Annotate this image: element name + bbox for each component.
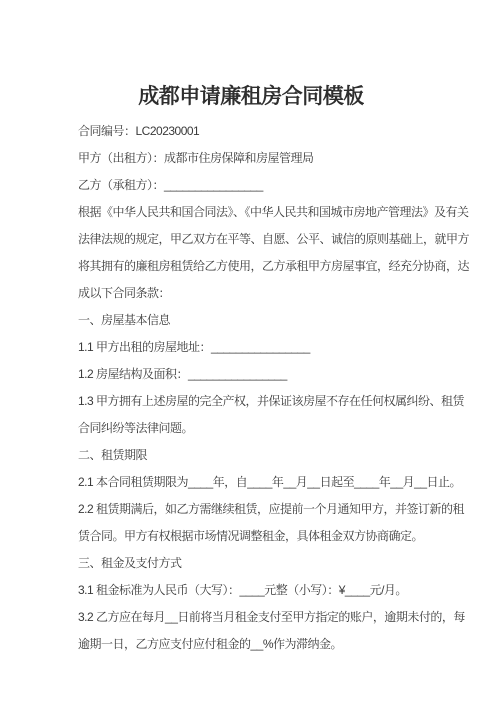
clause-line: 1.2 房屋结构及面积：________________	[78, 361, 460, 388]
clause-line: 1.3 甲方拥有上述房屋的完全产权，并保证该房屋不存在任何权属纠纷、租赁	[78, 388, 460, 415]
preamble-line: 根据《中华人民共和国合同法》、《中华人民共和国城市房地产管理法》及有关	[78, 199, 460, 226]
document-header-block: 合同编号：LC20230001 甲方（出租方）：成都市住房保障和房屋管理局 乙方…	[78, 118, 460, 199]
preamble-line: 成以下合同条款：	[78, 280, 460, 307]
clause-line: 逾期一日，乙方应支付应付租金的__%作为滞纳金。	[78, 631, 460, 658]
document-title: 成都申请廉租房合同模板	[78, 82, 424, 112]
party-b-line: 乙方（承租方）：________________	[78, 172, 460, 199]
clause-line: 3.1 租金标准为人民币（大写）：____元整（小写）：¥____元/月。	[78, 577, 460, 604]
section-heading: 一、房屋基本信息	[78, 307, 460, 334]
clause-line: 3.2 乙方应在每月__日前将当月租金支付至甲方指定的账户，逾期未付的，每	[78, 604, 460, 631]
clause-line: 2.2 租赁期满后，如乙方需继续租赁，应提前一个月通知甲方，并签订新的租	[78, 496, 460, 523]
preamble-line: 法律法规的规定，甲乙双方在平等、自愿、公平、诚信的原则基础上，就甲方	[78, 226, 460, 253]
section-housing-info: 一、房屋基本信息 1.1 甲方出租的房屋地址：________________ …	[78, 307, 460, 442]
clause-line: 2.1 本合同租赁期限为____年，自____年__月__日起至____年__月…	[78, 469, 460, 496]
section-rent-payment: 三、租金及支付方式 3.1 租金标准为人民币（大写）：____元整（小写）：¥_…	[78, 550, 460, 658]
preamble-line: 将其拥有的廉租房租赁给乙方使用，乙方承租甲方房屋事宜，经充分协商，达	[78, 253, 460, 280]
section-heading: 三、租金及支付方式	[78, 550, 460, 577]
preamble-block: 根据《中华人民共和国合同法》、《中华人民共和国城市房地产管理法》及有关 法律法规…	[78, 199, 460, 307]
clause-line: 1.1 甲方出租的房屋地址：________________	[78, 334, 460, 361]
section-lease-term: 二、租赁期限 2.1 本合同租赁期限为____年，自____年__月__日起至_…	[78, 442, 460, 550]
contract-number-line: 合同编号：LC20230001	[78, 118, 460, 145]
clause-line: 赁合同。甲方有权根据市场情况调整租金，具体租金双方协商确定。	[78, 523, 460, 550]
section-heading: 二、租赁期限	[78, 442, 460, 469]
contract-document-page: 成都申请廉租房合同模板 合同编号：LC20230001 甲方（出租方）：成都市住…	[0, 0, 500, 707]
party-a-line: 甲方（出租方）：成都市住房保障和房屋管理局	[78, 145, 460, 172]
clause-line: 合同纠纷等法律问题。	[78, 415, 460, 442]
